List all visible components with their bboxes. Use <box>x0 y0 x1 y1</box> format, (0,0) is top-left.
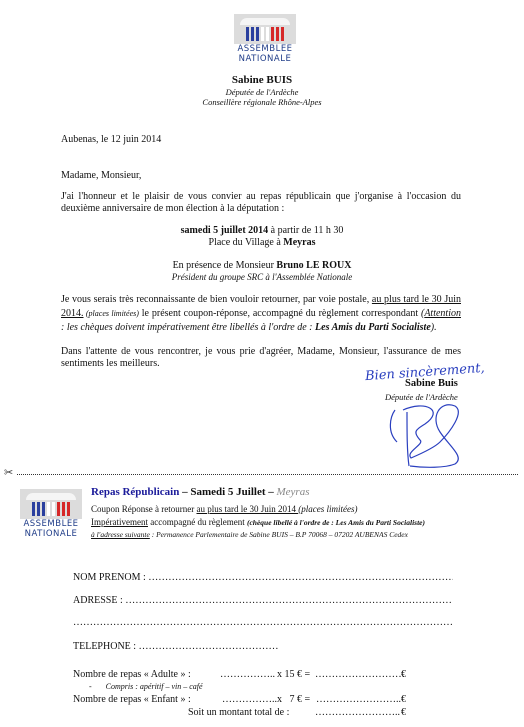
parliament-building-icon <box>234 14 296 44</box>
signature-role: Députée de l'Ardèche <box>385 392 458 402</box>
address-field[interactable]: ADRESSE : ………………………………………………………………………………… <box>73 595 453 607</box>
coupon-line-1: Coupon Réponse à retourner au plus tard … <box>91 504 357 515</box>
phone-field[interactable]: TELEPHONE : …………………………………… <box>73 641 279 653</box>
place-date: Aubenas, le 12 juin 2014 <box>61 134 161 146</box>
child-label: Nombre de repas « Enfant » : <box>73 694 191 706</box>
parliament-building-icon <box>20 489 82 519</box>
payee: Les Amis du Parti Socialiste <box>315 322 431 333</box>
event-date-bold: samedi 5 juillet 2014 <box>181 225 269 236</box>
adult-includes: -Compris : apéritif – vin – café <box>89 682 203 691</box>
child-amount-field[interactable]: …………………….. <box>316 694 401 706</box>
total-label: Soit un montant total de : <box>188 707 289 719</box>
adult-price: x 15 € = <box>277 669 310 681</box>
event-place-bold: Meyras <box>283 237 315 248</box>
logo-text-line1: ASSEMBLÉE <box>234 45 296 54</box>
assemblee-nationale-logo: ASSEMBLÉE NATIONALE <box>234 14 296 64</box>
event-place: Place du Village à Meyras <box>0 237 524 249</box>
adult-quantity-field[interactable]: …………….. <box>220 669 275 681</box>
handwritten-signature <box>385 402 480 470</box>
coupon-logo: ASSEMBLÉE NATIONALE <box>20 489 82 539</box>
event-date: samedi 5 juillet 2014 à partir de 11 h 3… <box>0 225 524 237</box>
signature-name: Sabine Buis <box>405 378 458 389</box>
coupon-title-place: Meyras <box>277 486 310 498</box>
event-time: à partir de 11 h 30 <box>268 225 343 236</box>
logo-text-line1: ASSEMBLÉE <box>20 520 82 529</box>
salutation: Madame, Monsieur, <box>61 170 141 182</box>
logo-text-line2: NATIONALE <box>20 530 82 539</box>
total-amount-field[interactable]: …………………….. <box>315 707 400 719</box>
child-price: x 7 € = <box>277 694 310 706</box>
event-place-prefix: Place du Village à <box>209 237 284 248</box>
address-field-line-2[interactable]: …………………………………………………………………………………………………… <box>73 617 453 629</box>
coupon-line-2: Impérativement accompagné du règlement (… <box>91 517 425 528</box>
coupon-line-3: à l'adresse suivante : Permanence Parlem… <box>91 530 408 540</box>
logo-text-line2: NATIONALE <box>234 55 296 64</box>
name-field[interactable]: NOM PRENOM : ………………………………………………………………………… <box>73 572 453 584</box>
request-paragraph: Je vous serais très reconnaissante de bi… <box>61 293 461 335</box>
attention-label: Attention <box>424 308 461 319</box>
total-currency: € <box>401 707 406 719</box>
adult-amount-field[interactable]: ……………………… <box>315 669 405 681</box>
scissors-icon: ✂ <box>4 466 13 479</box>
presence-prefix: En présence de Monsieur <box>173 260 277 271</box>
child-currency: € <box>401 694 406 706</box>
adult-currency: € <box>401 669 406 681</box>
sender-name: Sabine BUIS <box>0 74 524 86</box>
sender-role-2: Conseillère régionale Rhône-Alpes <box>0 97 524 107</box>
intro-paragraph: J'ai l'honneur et le plaisir de vous con… <box>61 191 461 215</box>
coupon-title: Repas Républicain – Samedi 5 Juillet – M… <box>91 486 310 498</box>
presence-line: En présence de Monsieur Bruno LE ROUX <box>0 260 524 272</box>
cut-line <box>17 474 518 475</box>
sender-role-1: Députée de l'Ardèche <box>0 87 524 97</box>
presence-role: Président du groupe SRC à l'Assemblée Na… <box>0 272 524 283</box>
adult-label: Nombre de repas « Adulte » : <box>73 669 191 681</box>
coupon-title-blue: Repas Républicain <box>91 486 179 498</box>
child-quantity-field[interactable]: …………….. <box>222 694 277 706</box>
presence-name: Bruno LE ROUX <box>276 260 351 271</box>
